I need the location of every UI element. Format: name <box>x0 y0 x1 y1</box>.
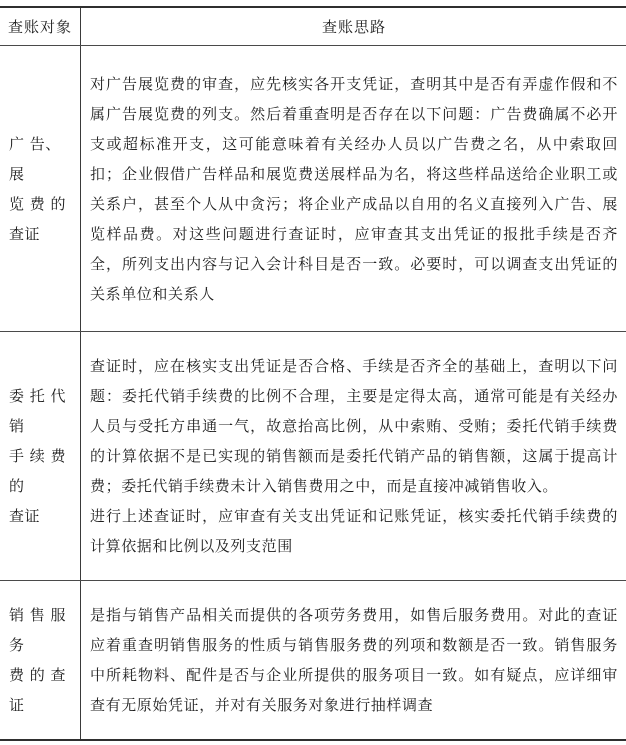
column-header-audit-object: 查账对象 <box>8 16 72 37</box>
approach-cell-advertising-exhibition: 对广告展览费的审查，应先核实各开支凭证，查明其中是否有弄虚作假和不属广告展览费的… <box>81 46 626 331</box>
table-header-row: 查账对象 查账思路 <box>0 8 626 46</box>
object-cell-sales-service: 销 售 服 务 费 的 查 证 <box>0 581 81 739</box>
object-cell-consignment-commission: 委 托 代 销 手 续 费 的 查证 <box>0 332 81 580</box>
object-label: 销 售 服 务 费 的 查 证 <box>9 600 76 720</box>
column-header-audit-approach: 查账思路 <box>322 16 386 37</box>
approach-paragraph: 进行上述查证时，应审查有关支出凭证和记账凭证，核实委托代销手续费的计算依据和比例… <box>90 501 618 561</box>
header-cell-audit-object: 查账对象 <box>0 8 81 45</box>
approach-paragraph: 对广告展览费的审查，应先核实各开支凭证，查明其中是否有弄虚作假和不属广告展览费的… <box>90 69 618 309</box>
table-row: 销 售 服 务 费 的 查 证 是指与销售产品相关而提供的各项劳务费用，如售后服… <box>0 581 626 739</box>
approach-cell-consignment-commission: 查证时，应在核实支出凭证是否合格、手续是否齐全的基础上，查明以下问题：委托代销手… <box>81 332 626 580</box>
audit-methods-table: 查账对象 查账思路 广 告、展 览 费 的 查证 对广告展览费的审查，应先核实各… <box>0 6 626 741</box>
object-label: 广 告、展 览 费 的 查证 <box>9 129 76 249</box>
approach-paragraph: 查证时，应在核实支出凭证是否合格、手续是否齐全的基础上，查明以下问题：委托代销手… <box>90 351 618 501</box>
document-page: 查账对象 查账思路 广 告、展 览 费 的 查证 对广告展览费的审查，应先核实各… <box>0 0 626 745</box>
table-row: 广 告、展 览 费 的 查证 对广告展览费的审查，应先核实各开支凭证，查明其中是… <box>0 46 626 332</box>
object-label: 委 托 代 销 手 续 费 的 查证 <box>9 381 76 531</box>
approach-cell-sales-service: 是指与销售产品相关而提供的各项劳务费用，如售后服务费用。对此的查证应着重查明销售… <box>81 581 626 739</box>
header-cell-audit-approach: 查账思路 <box>81 8 626 45</box>
table-row: 委 托 代 销 手 续 费 的 查证 查证时，应在核实支出凭证是否合格、手续是否… <box>0 332 626 581</box>
object-cell-advertising-exhibition: 广 告、展 览 费 的 查证 <box>0 46 81 331</box>
approach-paragraph: 是指与销售产品相关而提供的各项劳务费用，如售后服务费用。对此的查证应着重查明销售… <box>90 600 618 720</box>
